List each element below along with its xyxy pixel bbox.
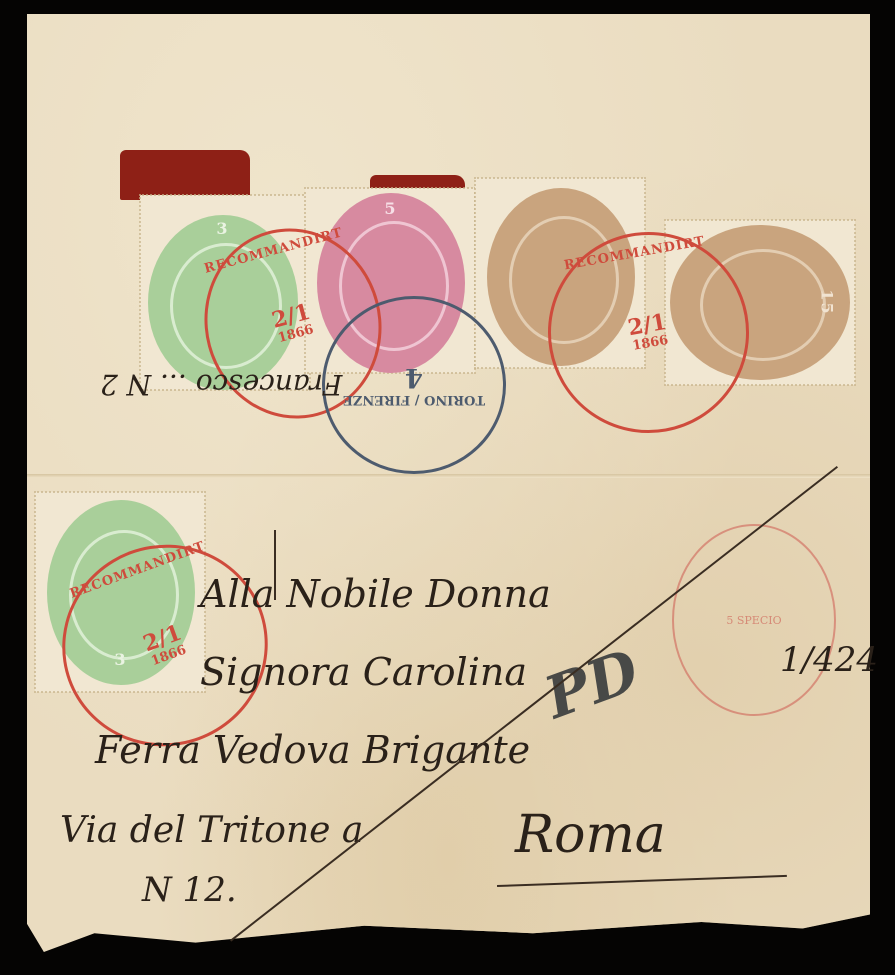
wax-seal-left <box>120 150 250 200</box>
address-city: Roma <box>515 805 666 865</box>
torino-firenze-postmark: TORINO / FIRENZE 4 <box>322 296 506 474</box>
address-line-3: Ferra Vedova Brigante <box>95 728 530 772</box>
vertical-pencil-mark <box>274 530 276 600</box>
fold-crease <box>27 474 870 478</box>
address-line-2: Signora Carolina <box>200 650 527 694</box>
address-number: N 12. <box>142 870 237 910</box>
address-line-4: Via del Tritone a <box>60 810 363 851</box>
faded-red-postmark: 5 SPECIO <box>672 524 836 716</box>
address-line-1: Alla Nobile Donna <box>200 572 551 616</box>
rate-marking: 1/424 <box>780 640 878 680</box>
inverted-handwritten-note: Francesco ... N 2 <box>100 368 342 401</box>
